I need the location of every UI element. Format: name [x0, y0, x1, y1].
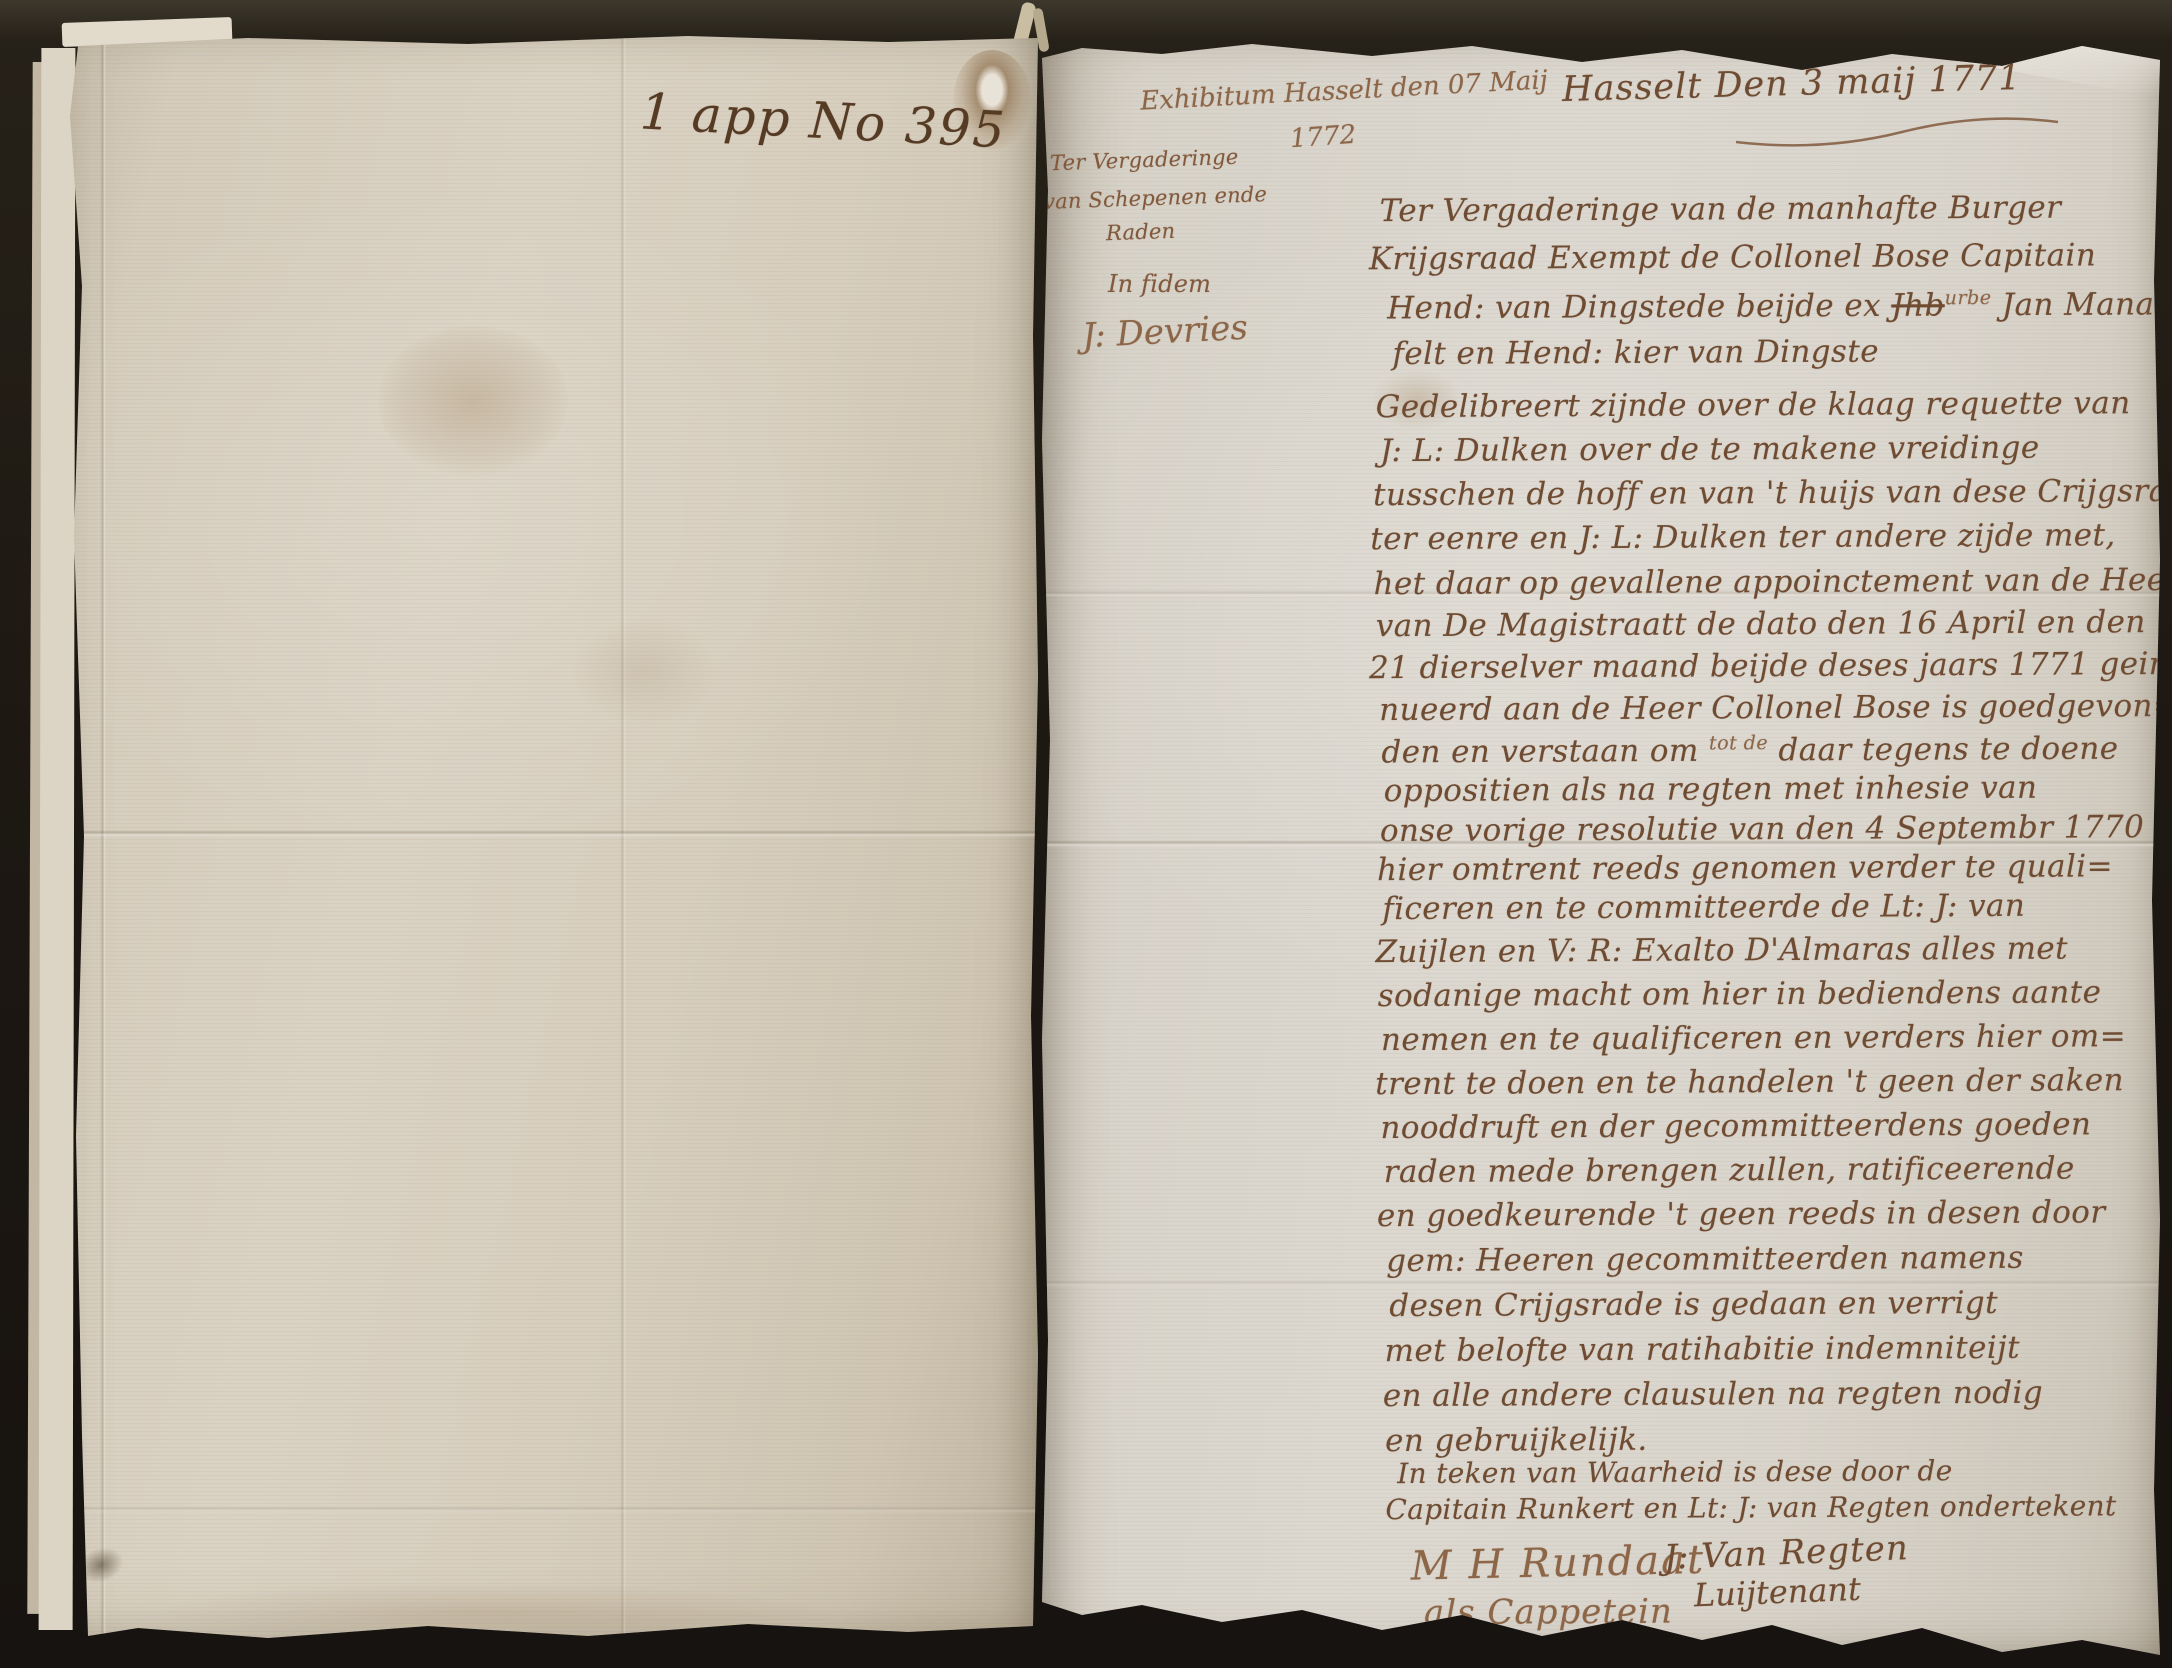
body-line-part: den en verstaan om	[1381, 733, 1709, 771]
struck-word: Jhb	[1891, 288, 1945, 324]
body-line: met belofte van ratihabitie indemniteijt	[1385, 1330, 2021, 1369]
body-line: gem: Heeren gecommitteerden namens	[1386, 1240, 2024, 1279]
body-line: desen Crijgsrade is gedaan en verrigt	[1389, 1285, 1998, 1324]
body-line: nemen en te qualificeren en verders hier…	[1381, 1018, 2126, 1058]
signature-captain-name: M H Rundaat	[1410, 1537, 1705, 1590]
body-line: trent te doen en te handelen 't geen der…	[1375, 1062, 2124, 1102]
body-line: felt en Hend: kier van Dingste	[1392, 334, 1879, 373]
ink-smudge	[74, 1541, 129, 1589]
body-line: ter eenre en J: L: Dulken ter andere zij…	[1370, 517, 2115, 557]
bottom-edge-browning	[168, 1584, 808, 1640]
body-line: raden mede brengen zullen, ratificeerend…	[1384, 1151, 2075, 1191]
body-line: van De Magistraatt de dato den 16 April …	[1376, 604, 2146, 644]
body-line: oppositien als na regten met inhesie van	[1384, 770, 2038, 809]
fold-crease-horizontal	[48, 830, 1038, 837]
under-sheet-edge	[39, 48, 76, 1630]
body-line: het daar op gevallene appoinctement van …	[1374, 562, 2172, 602]
closing-line: In teken van Waarheid is dese door de	[1397, 1454, 1952, 1490]
superscript-insertion: tot de	[1709, 731, 1768, 754]
body-line: ficeren en te committeerde de Lt: J: van	[1382, 888, 2025, 927]
closing-line: Capitain Runkert en Lt: J: van Regten on…	[1385, 1489, 2116, 1526]
page-left: 1 app No 395	[48, 36, 1038, 1648]
body-line: nueerd aan de Heer Collonel Bose is goed…	[1379, 688, 2172, 728]
body-line-part: daar tegens te doene	[1768, 731, 2118, 769]
superscript-insertion: urbe	[1945, 286, 1992, 309]
signature-captain-title: als Cappetein	[1424, 1592, 1673, 1633]
body-line: en goedkeurende 't geen reeds in desen d…	[1377, 1194, 2106, 1234]
page-right: Exhibitum Hasselt den 07 Maij 1772 Hasse…	[1042, 40, 2160, 1662]
body-line: Krijgsraad Exempt de Collonel Bose Capit…	[1369, 237, 2096, 277]
body-line: en alle andere clausulen na regten nodig	[1383, 1375, 2043, 1414]
body-line: Zuijlen en V: R: Exalto D'Almaras alles …	[1375, 931, 2068, 971]
body-line: J: L: Dulken over de te makene vreidinge	[1380, 430, 2040, 469]
body-line: den en verstaan om tot de daar tegens te…	[1381, 729, 2118, 770]
body-line: hier omtrent reeds genomen verder te qua…	[1377, 848, 2113, 888]
paper-texture	[48, 36, 1038, 1648]
body-line: 21 dierselver maand beijde deses jaars 1…	[1369, 646, 2172, 686]
manuscript-scan: 1 app No 395 Exhibitum Hasselt den 07 Ma…	[0, 0, 2172, 1668]
signature-lieutenant-title: Luijtenant	[1693, 1570, 1861, 1615]
body-line: Gedelibreert zijnde over de klaag requet…	[1376, 385, 2131, 425]
body-line: sodanige macht om hier in bediendens aan…	[1378, 974, 2102, 1014]
body-line: Ter Vergaderinge van de manhafte Burger	[1380, 190, 2062, 230]
fold-crease-vertical	[100, 36, 106, 1648]
archive-number-inscription: 1 app No 395	[639, 82, 1008, 159]
body-line: Hend: van Dingstede beijde ex Jhburbe Ja…	[1387, 285, 2172, 327]
signature-lieutenant-name: J: Van Regten	[1663, 1528, 1910, 1578]
body-line-part: Hend: van Dingstede beijde ex	[1387, 288, 1891, 327]
body-text: Ter Vergaderinge van de manhafte Burger …	[1038, 37, 2164, 1665]
fold-crease-vertical	[620, 36, 626, 1648]
stain	[378, 326, 568, 476]
stain	[568, 616, 718, 726]
body-line: en gebruijkelijk.	[1385, 1422, 1648, 1459]
body-line-part: Jan Manas=	[1991, 286, 2172, 323]
body-line: tusschen de hoff en van 't huijs van des…	[1373, 473, 2172, 513]
fold-crease-horizontal	[48, 1506, 1038, 1513]
body-line: nooddruft en der gecommitteerdens goeden	[1380, 1106, 2091, 1146]
body-line: onse vorige resolutie van den 4 Septembr…	[1380, 809, 2145, 849]
under-sheet-edge	[27, 62, 66, 1614]
